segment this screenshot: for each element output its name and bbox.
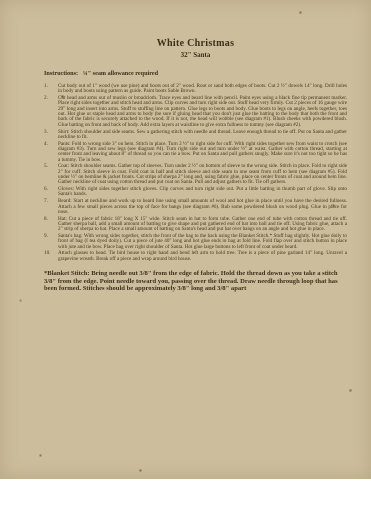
- item-text: Attach glasses to head. Tie bird house t…: [58, 251, 347, 262]
- item-number: 3.: [44, 130, 53, 141]
- instruction-item: 8. Hat: Cut a piece of fabric 18" long X…: [44, 217, 347, 233]
- item-text: Cut head and arms out of muslin or broad…: [58, 96, 347, 128]
- page-title: White Christmas: [44, 38, 347, 49]
- item-text: Gloves: With right sides together stitch…: [58, 187, 347, 198]
- instructions-line: Instructions:¼" seam allowance required: [44, 70, 347, 77]
- item-text: Beard: Start at neckline and work up to …: [58, 199, 347, 215]
- page-content: White Christmas 32" Santa Instructions:¼…: [0, 0, 371, 292]
- instructions-label: Instructions:: [44, 70, 78, 77]
- item-text: Shirt: Stitch shoulder and side seams. S…: [58, 130, 347, 141]
- item-number: 2.: [44, 96, 53, 128]
- item-text: Hat: Cut a piece of fabric 18" long X 15…: [58, 217, 347, 233]
- item-number: 6.: [44, 187, 53, 198]
- item-number: 8.: [44, 217, 53, 233]
- item-number: 1.: [44, 84, 53, 95]
- instruction-item: 1. Cut body out of 1" wood (we use pine)…: [44, 84, 347, 95]
- instruction-item: 5. Coat: Stitch shoulder seams. Gather t…: [44, 164, 347, 185]
- item-number: 10.: [44, 251, 53, 262]
- item-number: 9.: [44, 234, 53, 250]
- blanket-stitch-footnote: *Blanket Stitch: Bring needle out 3/8" f…: [44, 270, 346, 292]
- item-text: Pants: Fold to wrong side 3" on hem. Sti…: [58, 142, 347, 163]
- instruction-item: 9. Santa's bag: With wrong sides togethe…: [44, 234, 347, 250]
- instruction-item: 2. Cut head and arms out of muslin or br…: [44, 96, 347, 128]
- item-text: Cut body out of 1" wood (we use pine) an…: [58, 84, 347, 95]
- item-text: Santa's bag: With wrong sides together, …: [58, 234, 347, 250]
- instructions-text: ¼" seam allowance required: [83, 70, 158, 77]
- instruction-item: 10. Attach glasses to head. Tie bird hou…: [44, 251, 347, 262]
- instruction-item: 7. Beard: Start at neckline and work up …: [44, 199, 347, 215]
- instruction-item: 4. Pants: Fold to wrong side 3" on hem. …: [44, 142, 347, 163]
- scanned-page: White Christmas 32" Santa Instructions:¼…: [0, 0, 371, 479]
- item-text: Coat: Stitch shoulder seams. Gather top …: [58, 164, 347, 185]
- instruction-item: 3. Shirt: Stitch shoulder and side seams…: [44, 130, 347, 141]
- page-subtitle: 32" Santa: [44, 51, 347, 59]
- instruction-item: 6. Gloves: With right sides together sti…: [44, 187, 347, 198]
- instruction-list: 1. Cut body out of 1" wood (we use pine)…: [44, 84, 347, 262]
- item-number: 4.: [44, 142, 53, 163]
- item-number: 7.: [44, 199, 53, 215]
- item-number: 5.: [44, 164, 53, 185]
